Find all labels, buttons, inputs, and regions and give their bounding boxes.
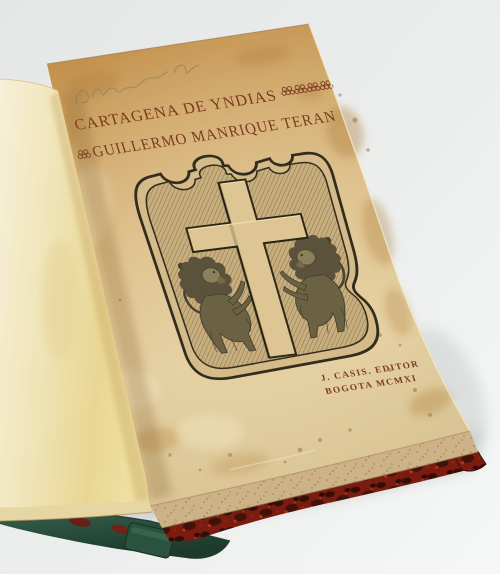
book-photo: CARTAGENA DE YNDIAS GUILLERMO MANRIQUE T… <box>0 0 500 574</box>
photo-scene: CARTAGENA DE YNDIAS GUILLERMO MANRIQUE T… <box>0 0 500 574</box>
